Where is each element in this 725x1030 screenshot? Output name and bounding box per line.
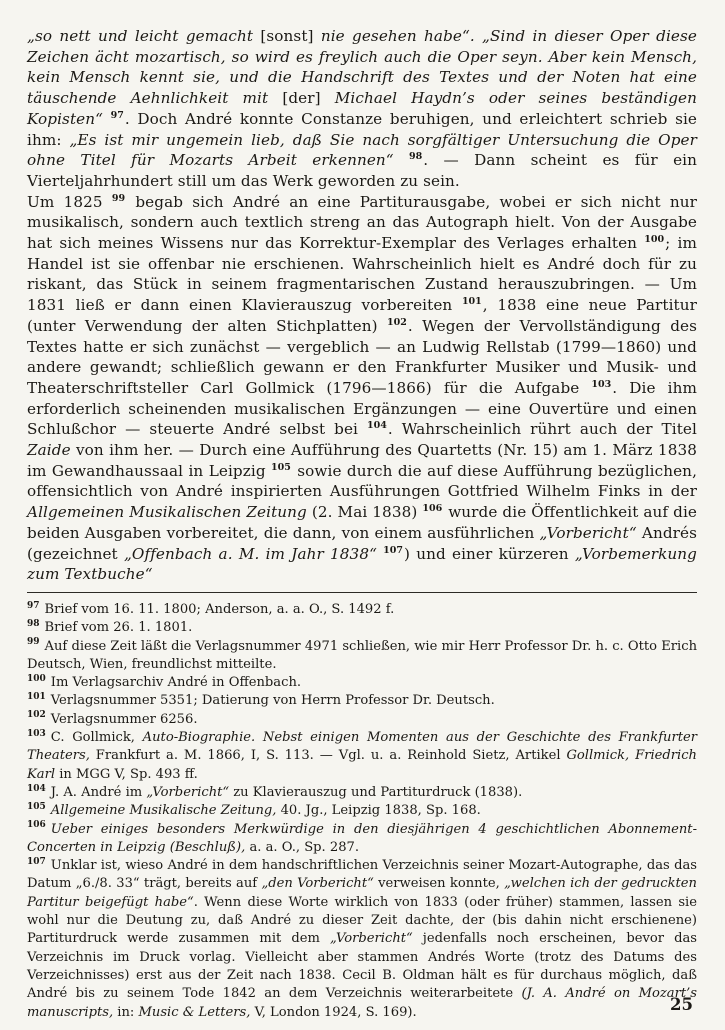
footnote-ref: 99 [112, 193, 126, 204]
footnote-number: 105 [27, 802, 46, 812]
footnote-text: J. A. André im „Vorbericht“ zu Klavierau… [51, 785, 522, 800]
footnotes-block: 97Brief vom 16. 11. 1800; Anderson, a. a… [27, 601, 697, 1022]
footnote-text: Ueber einiges besonders Merkwürdige in d… [27, 822, 697, 855]
footnote-number: 103 [27, 729, 46, 739]
footnote-ref: 100 [644, 234, 665, 245]
footnote-text: C. Gollmick, Auto-Biographie. Nebst eini… [27, 730, 697, 782]
footnote-number: 97 [27, 601, 40, 611]
footnote-text: Auf diese Zeit läßt die Verlagsnummer 49… [27, 639, 697, 672]
footnote-105: 105Allgemeine Musikalische Zeitung, 40. … [27, 802, 697, 820]
footnote-98: 98Brief vom 26. 1. 1801. [27, 619, 697, 637]
footnote-103: 103C. Gollmick, Auto-Biographie. Nebst e… [27, 729, 697, 784]
footnote-number: 101 [27, 692, 46, 702]
footnote-ref: 98 [409, 151, 423, 162]
footnote-text: Unklar ist, wieso André in dem handschri… [27, 858, 697, 1019]
page-number: 25 [670, 995, 693, 1014]
footnote-text: Verlagsnummer 6256. [51, 712, 198, 727]
footnote-ref: 106 [422, 503, 443, 514]
footnote-number: 106 [27, 820, 46, 830]
footnote-text: Brief vom 26. 1. 1801. [45, 620, 193, 635]
footnote-ref: 102 [387, 317, 408, 328]
footnote-100: 100Im Verlagsarchiv André in Offenbach. [27, 674, 697, 692]
footnote-text: Brief vom 16. 11. 1800; Anderson, a. a. … [45, 602, 395, 617]
footnote-ref: 101 [462, 296, 483, 307]
footnote-99: 99Auf diese Zeit läßt die Verlagsnummer … [27, 638, 697, 675]
footnote-ref: 105 [271, 462, 292, 473]
footnote-text: Allgemeine Musikalische Zeitung, 40. Jg.… [51, 803, 481, 818]
footnote-separator [27, 592, 697, 593]
footnote-ref: 107 [383, 545, 404, 556]
book-page: „so nett und leicht gemacht [sonst] nie … [0, 0, 725, 1030]
footnote-number: 104 [27, 784, 46, 794]
footnote-106: 106Ueber einiges besonders Merkwürdige i… [27, 821, 697, 858]
paragraph-quote-letters: „so nett und leicht gemacht [sonst] nie … [27, 26, 697, 192]
main-text-block: „so nett und leicht gemacht [sonst] nie … [27, 26, 697, 585]
footnote-text: Verlagsnummer 5351; Datierung von Herrn … [51, 693, 495, 708]
footnote-107: 107Unklar ist, wieso André in dem handsc… [27, 857, 697, 1022]
footnote-number: 102 [27, 710, 46, 720]
footnote-104: 104J. A. André im „Vorbericht“ zu Klavie… [27, 784, 697, 802]
paragraph-editions: Um 1825 99 begab sich André an eine Part… [27, 192, 697, 585]
footnote-102: 102Verlagsnummer 6256. [27, 711, 697, 729]
footnote-text: Im Verlagsarchiv André in Offenbach. [51, 675, 301, 690]
footnote-ref: 104 [367, 420, 388, 431]
footnote-number: 107 [27, 857, 46, 867]
footnote-number: 100 [27, 674, 46, 684]
footnote-ref: 97 [111, 110, 125, 121]
footnote-101: 101Verlagsnummer 5351; Datierung von Her… [27, 692, 697, 710]
footnote-97: 97Brief vom 16. 11. 1800; Anderson, a. a… [27, 601, 697, 619]
footnote-number: 98 [27, 619, 40, 629]
footnote-number: 99 [27, 637, 40, 647]
footnote-ref: 103 [591, 379, 612, 390]
